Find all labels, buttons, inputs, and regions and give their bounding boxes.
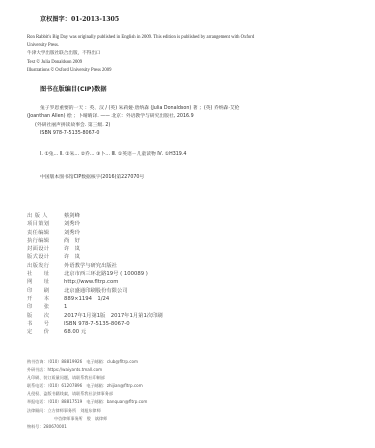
- colophon-key: 印 刷: [27, 287, 64, 295]
- colophon-value: 北京市西三环北路19号 ( 100089 ): [64, 270, 148, 278]
- colophon-value: 1: [64, 303, 67, 311]
- colophon-row-cover-design: 封面设计许 岚: [27, 245, 163, 253]
- purchase-inquiry: 购书咨询：（010）88819926 电子邮箱：club@fltrp.com: [27, 358, 147, 366]
- colophon-key: 项目策划: [27, 220, 64, 228]
- colophon-row-project-planner: 项目策划刘秀玲: [27, 220, 163, 228]
- cip-title: 图书在版编目(CIP)数据: [40, 84, 107, 93]
- colophon-row-isbn: 书 号ISBN 978-7-5135-8067-0: [27, 320, 163, 328]
- colophon-key: 开 本: [27, 295, 64, 303]
- colophon-row-publisher: 出 版 人蔡剑峰: [27, 212, 163, 220]
- colophon-value: 外语教学与研究出版社: [64, 262, 117, 270]
- cip-line: 兔子罗恩重要的一天 ：英、汉 / (英) 朱莉娅·唐纳森 (Julia Dona…: [27, 105, 357, 113]
- cip-line: (Joanthan Allen) 绘 ；卜晴晴译. —— 北京：外语教学与研究出…: [27, 113, 357, 121]
- colophon-value: 尚 好: [64, 237, 80, 245]
- text-copyright: Text © Julia Donaldson 2009: [27, 59, 347, 67]
- legal-counsel: 法律顾问：立方律师事务所 刘旭东律师: [27, 407, 147, 415]
- legal-counsel-2: 中咨律师事务所 殷 斌律师: [27, 415, 147, 423]
- copyright-registration-label: 京权图字：: [40, 16, 71, 23]
- colophon-value: http://www.fltrp.com: [64, 278, 118, 286]
- colophon: 出 版 人蔡剑峰 项目策划刘秀玲 责任编辑刘秀玲 执行编辑尚 好 封面设计许 岚…: [27, 212, 163, 336]
- colophon-row-printer: 印 刷北京盛通印刷股份有限公司: [27, 287, 163, 295]
- colophon-row-price: 定 价68.00 元: [27, 328, 163, 336]
- colophon-value: 许 岚: [64, 245, 80, 253]
- colophon-row-distributor: 出版发行外语教学与研究出版社: [27, 262, 163, 270]
- colophon-value: 北京盛通印刷股份有限公司: [64, 287, 128, 295]
- colophon-row-address: 社 址北京市西三环北路19号 ( 100089 ): [27, 270, 163, 278]
- colophon-key: 封面设计: [27, 245, 64, 253]
- colophon-row-edition: 版 次2017年1月第1版 2017年1月第1次印刷: [27, 312, 163, 320]
- colophon-row-editor: 责任编辑刘秀玲: [27, 229, 163, 237]
- colophon-value: 889×1194 1/24: [64, 295, 109, 303]
- colophon-key: 版 次: [27, 312, 64, 320]
- colophon-key: 社 址: [27, 270, 64, 278]
- colophon-value: 2017年1月第1版 2017年1月第1次印刷: [64, 312, 163, 320]
- colophon-value: 许 岚: [64, 253, 80, 261]
- colophon-key: 印 张: [27, 303, 64, 311]
- cip-record: 兔子罗恩重要的一天 ：英、汉 / (英) 朱莉娅·唐纳森 (Julia Dona…: [27, 105, 357, 139]
- cip-line: (外研社丽声拼读故事会. 第三级. 2): [27, 122, 357, 130]
- copyright-page: 京权图字：01-2013-1305 Ron Rabbit's Big Day w…: [0, 0, 375, 448]
- colophon-row-format: 开 本889×1194 1/24: [27, 295, 163, 303]
- colophon-key: 定 价: [27, 328, 64, 336]
- copyright-registration: 京权图字：01-2013-1305: [40, 14, 119, 23]
- rights-statement: Ron Rabbit's Big Day was originally publ…: [27, 34, 347, 75]
- colophon-row-layout-design: 版式设计许 岚: [27, 253, 163, 261]
- quality-contact: 联系电话：（010）61207896 电子邮箱：zhijian@fltrp.co…: [27, 382, 147, 390]
- colophon-key: 版式设计: [27, 253, 64, 261]
- piracy-notice: 凡侵权、盗版书籍线索，请联系我社法律事务部: [27, 390, 147, 398]
- material-number: 物料号：280670001: [27, 423, 147, 431]
- rights-line: University Press.: [27, 42, 347, 50]
- colophon-value: 刘秀玲: [64, 220, 80, 228]
- quality-notice: 凡印刷、装订质量问题，请联系我社印制部: [27, 374, 147, 382]
- piracy-contact: 举报电话：（010）88817519 电子邮箱：banquan@fltrp.co…: [27, 398, 147, 406]
- rights-line: 牛津大学出版社联合出版，不得出口: [27, 50, 347, 58]
- colophon-value: 68.00 元: [64, 328, 86, 336]
- colophon-key: 书 号: [27, 320, 64, 328]
- colophon-value: 刘秀玲: [64, 229, 80, 237]
- colophon-key: 责任编辑: [27, 229, 64, 237]
- colophon-row-executive-editor: 执行编辑尚 好: [27, 237, 163, 245]
- cip-isbn: ISBN 978-7-5135-8067-0: [27, 130, 357, 138]
- copyright-registration-number: 01-2013-1305: [71, 16, 119, 23]
- colophon-value: 蔡剑峰: [64, 212, 80, 220]
- colophon-row-website: 网 址http://www.fltrp.com: [27, 278, 163, 286]
- publisher-contact-info: 购书咨询：（010）88819926 电子邮箱：club@fltrp.com 外…: [27, 358, 147, 431]
- cip-record-number: 中国版本图书馆CIP数据核字(2016)第227070号: [40, 173, 144, 180]
- online-store: 外研书店：https://waiyants.tmall.com: [27, 366, 147, 374]
- colophon-key: 执行编辑: [27, 237, 64, 245]
- colophon-row-sheets: 印 张1: [27, 303, 163, 311]
- colophon-key: 网 址: [27, 278, 64, 286]
- illustrations-copyright: Illustrations © Oxford University Press …: [27, 67, 347, 75]
- rights-line: Ron Rabbit's Big Day was originally publ…: [27, 34, 347, 42]
- colophon-key: 出 版 人: [27, 212, 64, 220]
- cip-classification: Ⅰ. ①兔… Ⅱ. ①朱… ②乔… ③卜… Ⅲ. ①英语－儿童读物 Ⅳ. ①H3…: [40, 150, 186, 157]
- colophon-value: ISBN 978-7-5135-8067-0: [64, 320, 130, 328]
- colophon-key: 出版发行: [27, 262, 64, 270]
